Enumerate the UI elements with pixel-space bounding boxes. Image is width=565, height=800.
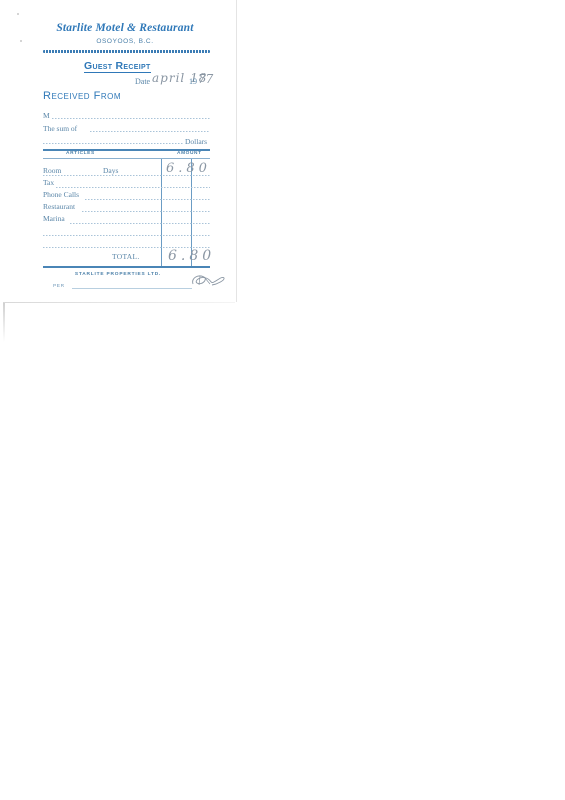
dollars-line	[43, 143, 183, 144]
amount-header: AMOUNT	[177, 151, 202, 156]
total-rule	[43, 266, 210, 268]
guest-receipt: Starlite Motel & Restaurant OSOYOOS, B.C…	[0, 0, 236, 302]
business-location: OSOYOOS, B.C.	[40, 38, 210, 45]
articles-header: ARTICLES	[66, 151, 95, 156]
table-header-rule	[43, 158, 210, 159]
scan-edge	[3, 302, 235, 303]
line-item-label: Phone Calls	[43, 190, 79, 199]
line-item-rule	[85, 199, 210, 200]
company-name: STARLITE PROPERTIES LTD.	[58, 272, 178, 277]
line-item-rule	[82, 211, 210, 212]
name-prefix: M	[43, 111, 50, 120]
receipt-title: Guest Receipt	[84, 60, 151, 73]
line-item-amount: 6.80	[166, 161, 211, 176]
per-label: PER	[53, 284, 65, 289]
line-item-label: Marina	[43, 214, 65, 223]
sum-label: The sum of	[43, 124, 77, 133]
line-item-label: Room	[43, 166, 61, 175]
paper-edge	[236, 0, 237, 302]
name-line	[52, 118, 210, 119]
signature-scribble	[190, 272, 226, 288]
total-label: TOTAL.	[112, 252, 140, 261]
received-from-heading: Received From	[43, 90, 121, 102]
year-handwritten: 77	[198, 72, 213, 86]
line-item-rule	[56, 187, 210, 188]
line-item-label: Restaurant	[43, 202, 75, 211]
decorative-rule	[43, 50, 210, 53]
line-item-rule	[70, 223, 210, 224]
year-prefix: 19	[189, 77, 197, 86]
date-label: Date	[135, 77, 150, 86]
total-amount: 6.80	[168, 248, 215, 264]
signature-line	[72, 288, 192, 289]
dollars-label: Dollars	[185, 137, 207, 146]
blank-rule	[43, 235, 210, 236]
scan-edge	[3, 302, 5, 342]
sum-line	[90, 131, 210, 132]
line-item-label: Tax	[43, 178, 54, 187]
business-name: Starlite Motel & Restaurant	[40, 22, 210, 34]
line-item-sublabel: Days	[103, 166, 118, 175]
